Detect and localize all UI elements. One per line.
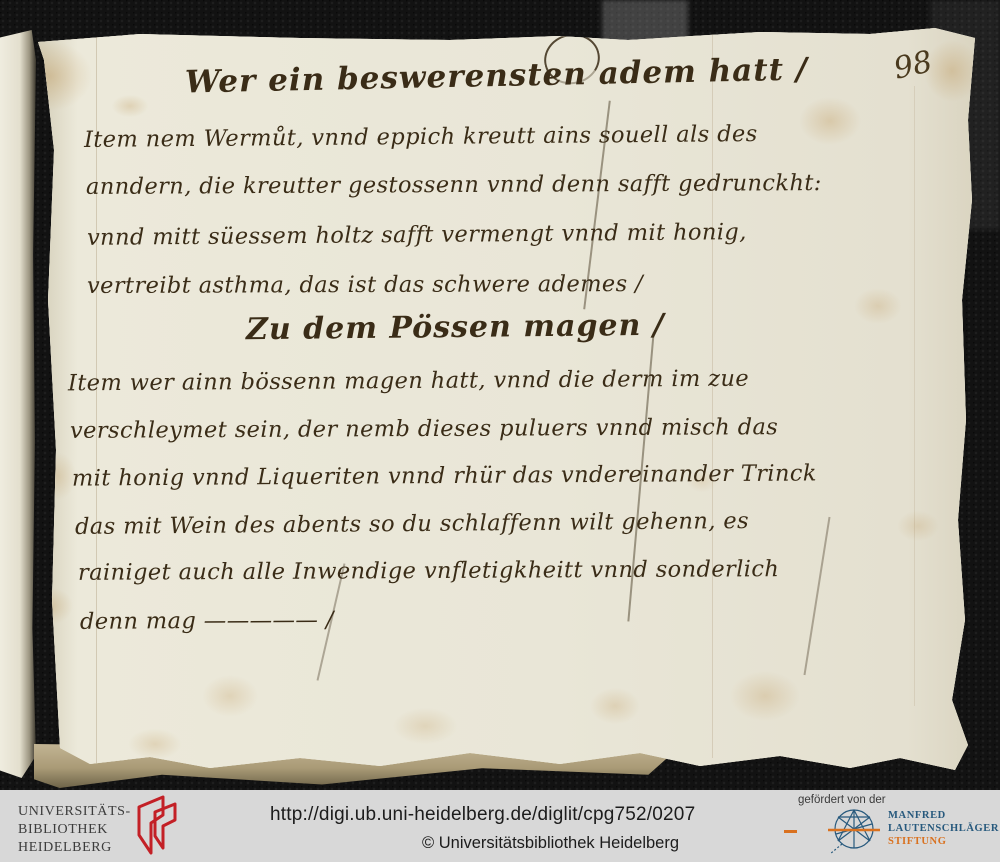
funder-name-line: STIFTUNG [888,835,999,848]
manuscript-line: vnnd mitt süessem holtz safft vermengt v… [87,219,747,251]
library-name-line: UNIVERSITÄTS- [18,803,131,821]
ruled-margin-line [914,86,915,706]
facing-page-gutter-edge [0,30,36,778]
library-name-line: HEIDELBERG [18,839,131,857]
manuscript-line: vertreibt asthma, das ist das schwere ad… [87,271,643,299]
manuscript-line: verschleymet sein, der nemb dieses pulue… [70,414,778,444]
folio-number: 98 [891,44,936,86]
footer-center-text: http://digi.ub.uni-heidelberg.de/diglit/… [230,790,730,862]
ink-flourish [803,517,830,675]
lautenschlaeger-stiftung-compass-icon [826,804,884,859]
library-footer-bar: UNIVERSITÄTS- BIBLIOTHEK HEIDELBERG http… [0,790,1000,862]
lautenschlaeger-stiftung-wordmark: MANFRED LAUTENSCHLÄGER STIFTUNG [888,809,999,848]
heidelberg-library-logo-icon [130,794,184,862]
copyright-notice: © Universitätsbibliothek Heidelberg [422,834,679,853]
library-name-line: BIBLIOTHEK [18,821,131,839]
manuscript-line: denn mag ————— / [80,607,334,635]
university-library-wordmark: UNIVERSITÄTS- BIBLIOTHEK HEIDELBERG [18,803,131,857]
manuscript-line: anndern, die kreutter gestossenn vnnd de… [86,170,822,200]
manuscript-line: Item nem Wermůt, vnnd eppich kreutt ains… [84,121,758,153]
manuscript-line: mit honig vnnd Liqueriten vnnd rhür das … [72,460,817,491]
manuscript-heading: Wer ein beswerensten adem hatt / [185,51,809,100]
manuscript-page: 98 Wer ein beswerensten adem hatt / Item… [30,26,982,786]
manuscript-heading: Zu dem Pössen magen / [246,308,665,347]
digitization-url: http://digi.ub.uni-heidelberg.de/diglit/… [270,804,695,826]
funder-name-line: MANFRED [888,809,999,822]
funder-block: gefördert von der MANFRED LAUTENSCHLÄGER… [760,790,1000,862]
manuscript-line: das mit Wein des abents so du schlaffenn… [75,508,749,540]
funder-dash-mark [784,830,797,833]
funder-name-line: LAUTENSCHLÄGER [888,822,999,835]
manuscript-line: rainiget auch alle Inwendige vnfletigkhe… [78,556,779,586]
manuscript-line: Item wer ainn bössenn magen hatt, vnnd d… [68,366,749,397]
